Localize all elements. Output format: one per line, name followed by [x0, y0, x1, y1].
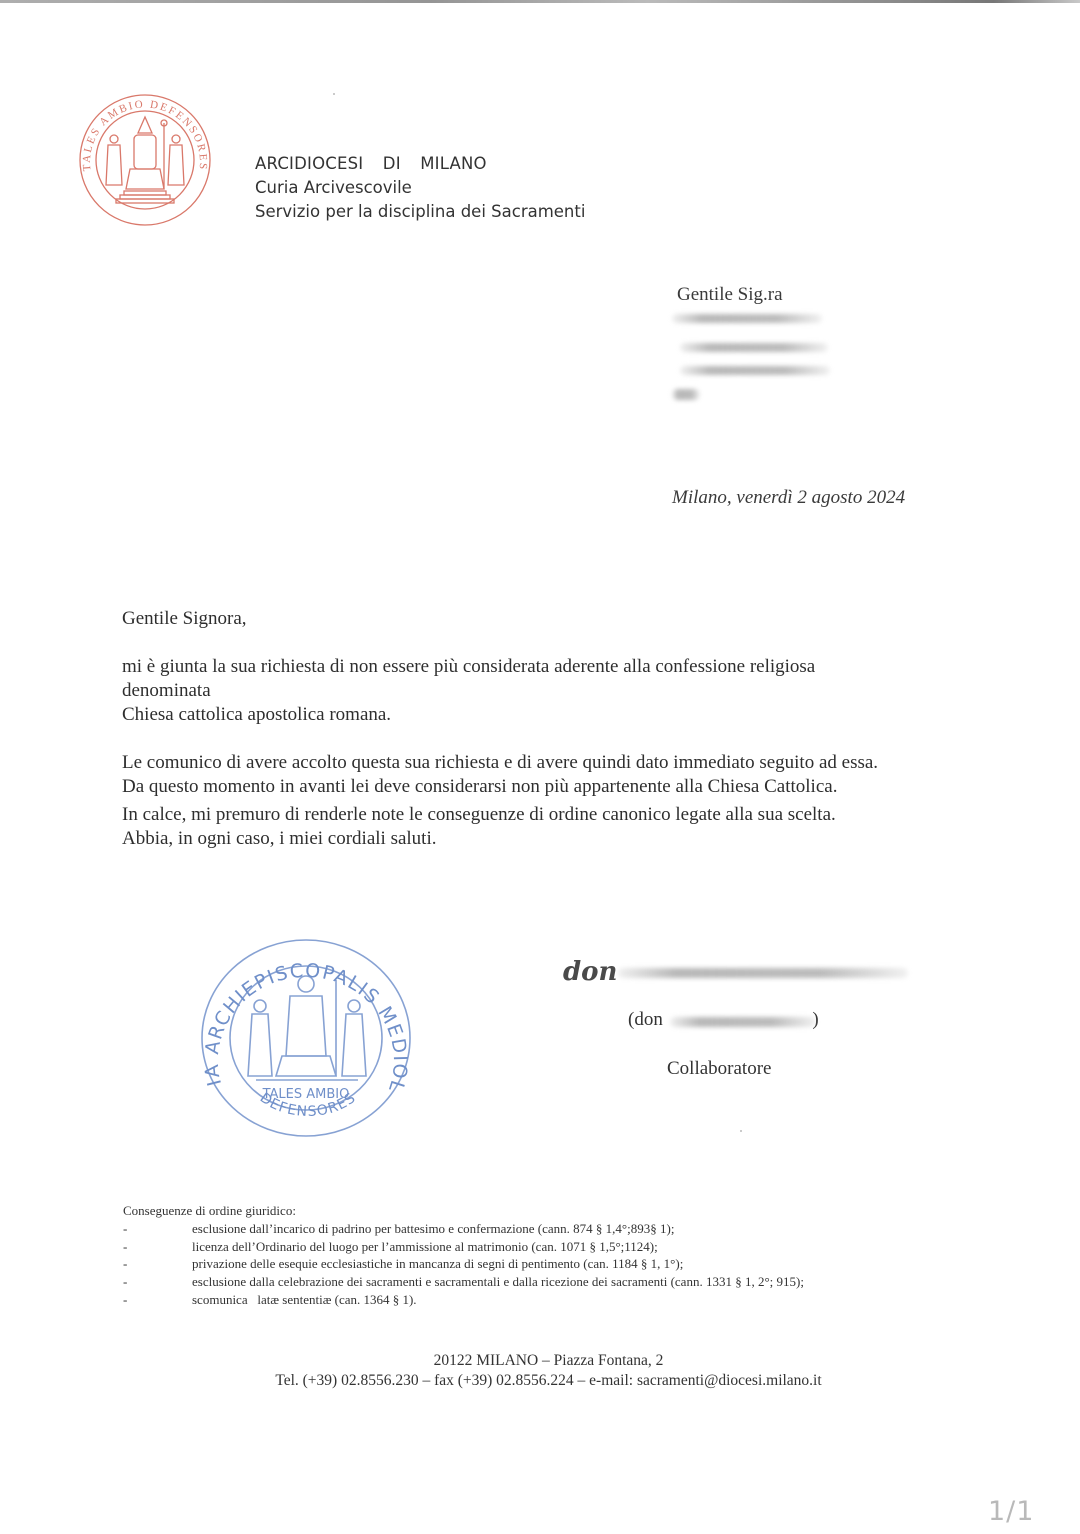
date-line: Milano, venerdì 2 agosto 2024	[672, 487, 905, 509]
redacted-address-line	[672, 389, 700, 400]
footer-contacts: Tel. (+39) 02.8556.230 – fax (+39) 02.85…	[0, 1371, 1080, 1391]
curia-stamp-icon: CURIA ARCHIEPISCOPALIS MEDIOLANI TALES A…	[198, 936, 414, 1140]
letterhead: ARCIDIOCESI DI MILANO Curia Arcivescovil…	[255, 152, 585, 224]
list-item: -esclusione dalla celebrazione dei sacra…	[123, 1273, 804, 1291]
handwritten-signature: don	[563, 957, 617, 987]
redacted-address-line	[672, 314, 822, 323]
svg-text:CURIA ARCHIEPISCOPALIS MEDIOLA: CURIA ARCHIEPISCOPALIS MEDIOLANI	[198, 936, 411, 1096]
scan-edge	[0, 0, 1080, 3]
redacted-address-line	[680, 343, 828, 352]
redacted-signatory-name	[670, 1017, 816, 1027]
redacted-address-line	[680, 366, 830, 375]
letter-footer: 20122 MILANO – Piazza Fontana, 2 Tel. (+…	[0, 1351, 1080, 1391]
org-name: ARCIDIOCESI DI MILANO	[255, 152, 585, 176]
scan-speck	[740, 1130, 742, 1132]
list-item: -scomunica latæ sententiæ (can. 1364 § 1…	[123, 1291, 804, 1309]
greeting: Gentile Signora,	[122, 607, 247, 631]
paragraph-3: In calce, mi premuro di renderle note le…	[122, 803, 836, 851]
paragraph-2: Le comunico di avere accolto questa sua …	[122, 751, 878, 799]
list-item: -privazione delle esequie ecclesiastiche…	[123, 1255, 804, 1273]
footer-address: 20122 MILANO – Piazza Fontana, 2	[0, 1351, 1080, 1371]
seal-of-milan-icon: TALES AMBIO DEFENSORES	[78, 93, 212, 227]
paragraph-1: mi è giunta la sua richiesta di non esse…	[122, 655, 815, 727]
consequences-list: -esclusione dall’incarico di padrino per…	[123, 1220, 804, 1309]
signatory-role: Collaboratore	[667, 1058, 771, 1080]
list-item: -licenza dell’Ordinario del luogo per l’…	[123, 1238, 804, 1256]
scan-speck	[333, 93, 335, 95]
org-department: Servizio per la disciplina dei Sacrament…	[255, 200, 585, 224]
consequences-title: Conseguenze di ordine giuridico:	[123, 1202, 804, 1220]
org-subtitle: Curia Arcivescovile	[255, 176, 585, 200]
list-item: -esclusione dall’incarico di padrino per…	[123, 1220, 804, 1238]
page-indicator: 1/1	[988, 1496, 1034, 1527]
recipient-salutation: Gentile Sig.ra	[677, 284, 783, 306]
redacted-signature	[618, 968, 908, 978]
legal-consequences: Conseguenze di ordine giuridico: -esclus…	[123, 1202, 804, 1309]
